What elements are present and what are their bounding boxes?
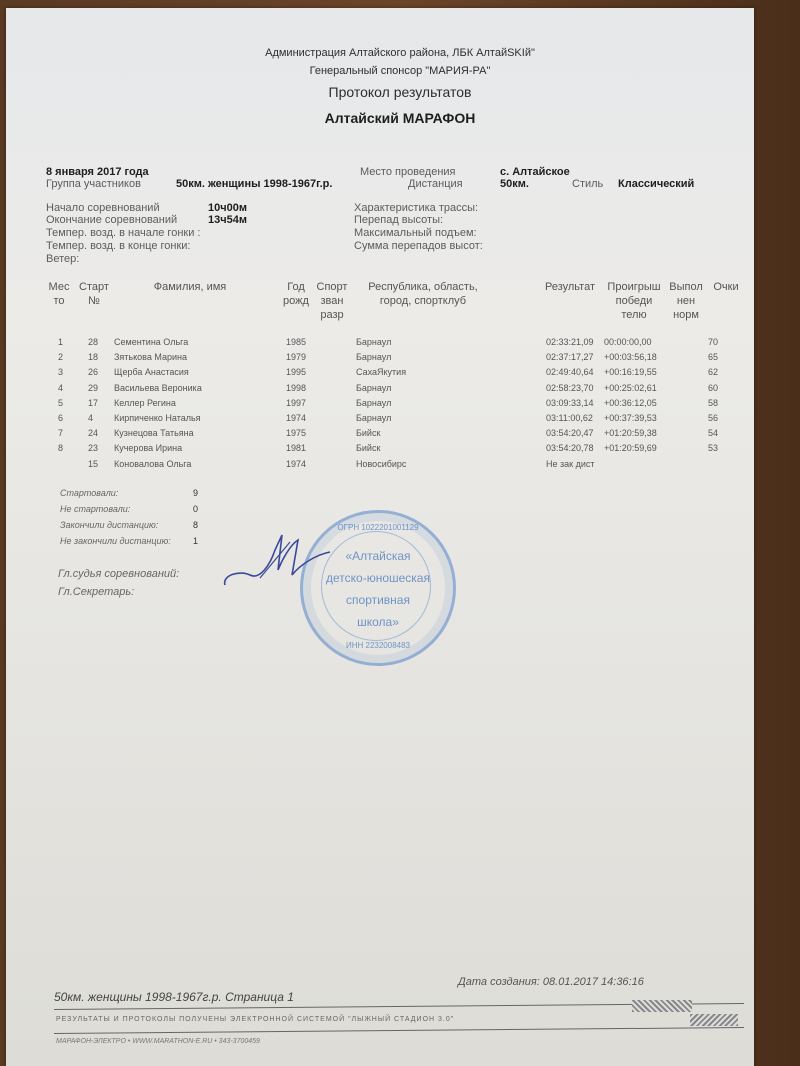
row-region: СахаЯкутия [356, 367, 406, 377]
row-name: Келлер Регина [114, 398, 176, 408]
row-points: 65 [708, 352, 718, 362]
header-points: Очки [706, 280, 746, 294]
not-started-label: Не стартовали: [60, 504, 130, 514]
row-region: Бийск [356, 443, 380, 453]
row-place: 4 [58, 383, 63, 393]
row-name: Сементина Ольга [114, 337, 188, 347]
row-region: Бийск [356, 428, 380, 438]
row-year: 1985 [286, 337, 306, 347]
total-climb-label: Сумма перепадов высот: [354, 240, 483, 252]
marathon-logo-right [690, 1014, 738, 1026]
row-name: Коновалова Ольга [114, 459, 191, 469]
row-behind: +00:16:19,55 [604, 367, 657, 377]
header-norm: Выполненнорм [666, 280, 706, 322]
table-row: 517Келлер Регина1997Барнаул03:09:33,14+0… [0, 398, 800, 413]
max-climb-label: Максимальный подъем: [354, 227, 477, 239]
finished-value: 8 [193, 520, 198, 530]
venue-label: Место проведения [360, 166, 456, 178]
header-name: Фамилия, имя [130, 280, 250, 294]
row-bib: 4 [88, 413, 93, 423]
header-place: Место [44, 280, 74, 308]
height-diff-label: Перепад высоты: [354, 214, 443, 226]
started-label: Стартовали: [60, 488, 118, 498]
row-behind: +01:20:59,38 [604, 428, 657, 438]
track-label: Характеристика трассы: [354, 202, 478, 214]
header-bib: Старт№ [74, 280, 114, 308]
style-value: Классический [618, 178, 694, 190]
marathon-logo-left [632, 1000, 692, 1012]
table-row: 724Кузнецова Татьяна1975Бийск03:54:20,47… [0, 428, 800, 443]
row-bib: 28 [88, 337, 98, 347]
row-region: Барнаул [356, 337, 391, 347]
row-bib: 24 [88, 428, 98, 438]
table-row: 128Сементина Ольга1985Барнаул02:33:21,09… [0, 337, 800, 352]
temp-end-label: Темпер. возд. в конце гонки: [46, 240, 191, 252]
row-place: 7 [58, 428, 63, 438]
row-region: Барнаул [356, 352, 391, 362]
row-behind: +00:36:12,05 [604, 398, 657, 408]
row-result: 02:58:23,70 [546, 383, 594, 393]
not-started-value: 0 [193, 504, 198, 514]
page-label: 50км. женщины 1998-1967г.р. Страница 1 [54, 990, 294, 1004]
table-row: 218Зятькова Марина1979Барнаул02:37:17,27… [0, 352, 800, 367]
contact-line: МАРАФОН-ЭЛЕКТРО • WWW.MARATHON-E.RU • 34… [56, 1038, 260, 1045]
row-year: 1998 [286, 383, 306, 393]
table-row: 15Коновалова Ольга1974НовосибирсНе зак д… [0, 459, 800, 474]
document-title: Протокол результатов [0, 84, 800, 100]
start-value: 10ч00м [208, 202, 247, 214]
header-result: Результат [540, 280, 600, 294]
row-behind: +00:25:02,61 [604, 383, 657, 393]
creation-date: Дата создания: 08.01.2017 14:36:16 [458, 976, 644, 988]
row-name: Кирпиченко Наталья [114, 413, 201, 423]
row-result: 02:49:40,64 [546, 367, 594, 377]
row-year: 1981 [286, 443, 306, 453]
header-behind: Проигрышпобедителю [602, 280, 666, 322]
row-result: 03:11:00,62 [546, 413, 593, 423]
table-row: 429Васильева Вероника1998Барнаул02:58:23… [0, 383, 800, 398]
row-points: 60 [708, 383, 718, 393]
row-points: 70 [708, 337, 718, 347]
organizer-line: Администрация Алтайского района, ЛБК Алт… [0, 47, 800, 59]
event-title: Алтайский МАРАФОН [0, 110, 800, 126]
row-points: 53 [708, 443, 718, 453]
event-date: 8 января 2017 года [46, 166, 149, 178]
row-bib: 26 [88, 367, 98, 377]
header-year: Годрожд [280, 280, 312, 308]
row-name: Васильева Вероника [114, 383, 202, 393]
finished-label: Закончили дистанцию: [60, 520, 158, 530]
row-result: 03:54:20,78 [546, 443, 594, 453]
row-place: 6 [58, 413, 63, 423]
temp-start-label: Темпер. возд. в начале гонки : [46, 227, 200, 239]
row-result: 03:09:33,14 [546, 398, 594, 408]
stamp-inn: ИНН 2232008483 [303, 641, 453, 650]
judge-signature [220, 530, 350, 600]
secretary-label: Гл.Секретарь: [58, 586, 134, 598]
row-points: 54 [708, 428, 718, 438]
row-bib: 18 [88, 352, 98, 362]
row-year: 1975 [286, 428, 306, 438]
venue-value: с. Алтайское [500, 166, 570, 178]
row-name: Кучерова Ирина [114, 443, 182, 453]
row-region: Барнаул [356, 383, 391, 393]
row-year: 1997 [286, 398, 306, 408]
distance-value: 50км. [500, 178, 529, 190]
judge-label: Гл.судья соревнований: [58, 568, 179, 580]
row-behind: +01:20:59,69 [604, 443, 657, 453]
row-name: Зятькова Марина [114, 352, 187, 362]
header-region: Республика, область,город, спортклуб [358, 280, 488, 308]
style-label: Стиль [572, 178, 603, 190]
distance-label: Дистанция [408, 178, 463, 190]
sponsor-line: Генеральный спонсор "МАРИЯ-РА" [0, 65, 800, 77]
row-result: 03:54:20,47 [546, 428, 594, 438]
table-row: 326Щерба Анастасия1995СахаЯкутия02:49:40… [0, 367, 800, 382]
row-behind: 00:00:00,00 [604, 337, 652, 347]
end-value: 13ч54м [208, 214, 247, 226]
row-name: Кузнецова Татьяна [114, 428, 194, 438]
row-place: 1 [58, 337, 63, 347]
table-row: 64Кирпиченко Наталья1974Барнаул03:11:00,… [0, 413, 800, 428]
started-value: 9 [193, 488, 198, 498]
row-result: Не зак дист [546, 459, 594, 469]
row-name: Щерба Анастасия [114, 367, 189, 377]
not-finished-value: 1 [193, 536, 198, 546]
row-year: 1979 [286, 352, 306, 362]
row-region: Барнаул [356, 398, 391, 408]
row-place: 3 [58, 367, 63, 377]
row-points: 58 [708, 398, 718, 408]
row-result: 02:33:21,09 [546, 337, 594, 347]
row-points: 62 [708, 367, 718, 377]
group-value: 50км. женщины 1998-1967г.р. [176, 178, 332, 190]
header-rank: Спортзванразр [312, 280, 352, 322]
row-region: Новосибирс [356, 459, 406, 469]
row-result: 02:37:17,27 [546, 352, 594, 362]
row-place: 2 [58, 352, 63, 362]
row-bib: 17 [88, 398, 98, 408]
row-behind: +00:03:56,18 [604, 352, 657, 362]
group-label: Группа участников [46, 178, 141, 190]
row-place: 8 [58, 443, 63, 453]
row-bib: 23 [88, 443, 98, 453]
row-behind: +00:37:39,53 [604, 413, 657, 423]
row-region: Барнаул [356, 413, 391, 423]
start-label: Начало соревнований [46, 202, 160, 214]
row-year: 1974 [286, 459, 306, 469]
system-line: РЕЗУЛЬТАТЫ И ПРОТОКОЛЫ ПОЛУЧЕНЫ ЭЛЕКТРОН… [56, 1016, 454, 1023]
row-year: 1995 [286, 367, 306, 377]
wind-label: Ветер: [46, 253, 79, 265]
stamp-line-4: школа» [303, 615, 453, 629]
row-year: 1974 [286, 413, 306, 423]
table-row: 823Кучерова Ирина1981Бийск03:54:20,78+01… [0, 443, 800, 458]
end-label: Окончание соревнований [46, 214, 177, 226]
row-place: 5 [58, 398, 63, 408]
row-bib: 15 [88, 459, 98, 469]
row-points: 56 [708, 413, 718, 423]
row-bib: 29 [88, 383, 98, 393]
not-finished-label: Не закончили дистанцию: [60, 536, 171, 546]
